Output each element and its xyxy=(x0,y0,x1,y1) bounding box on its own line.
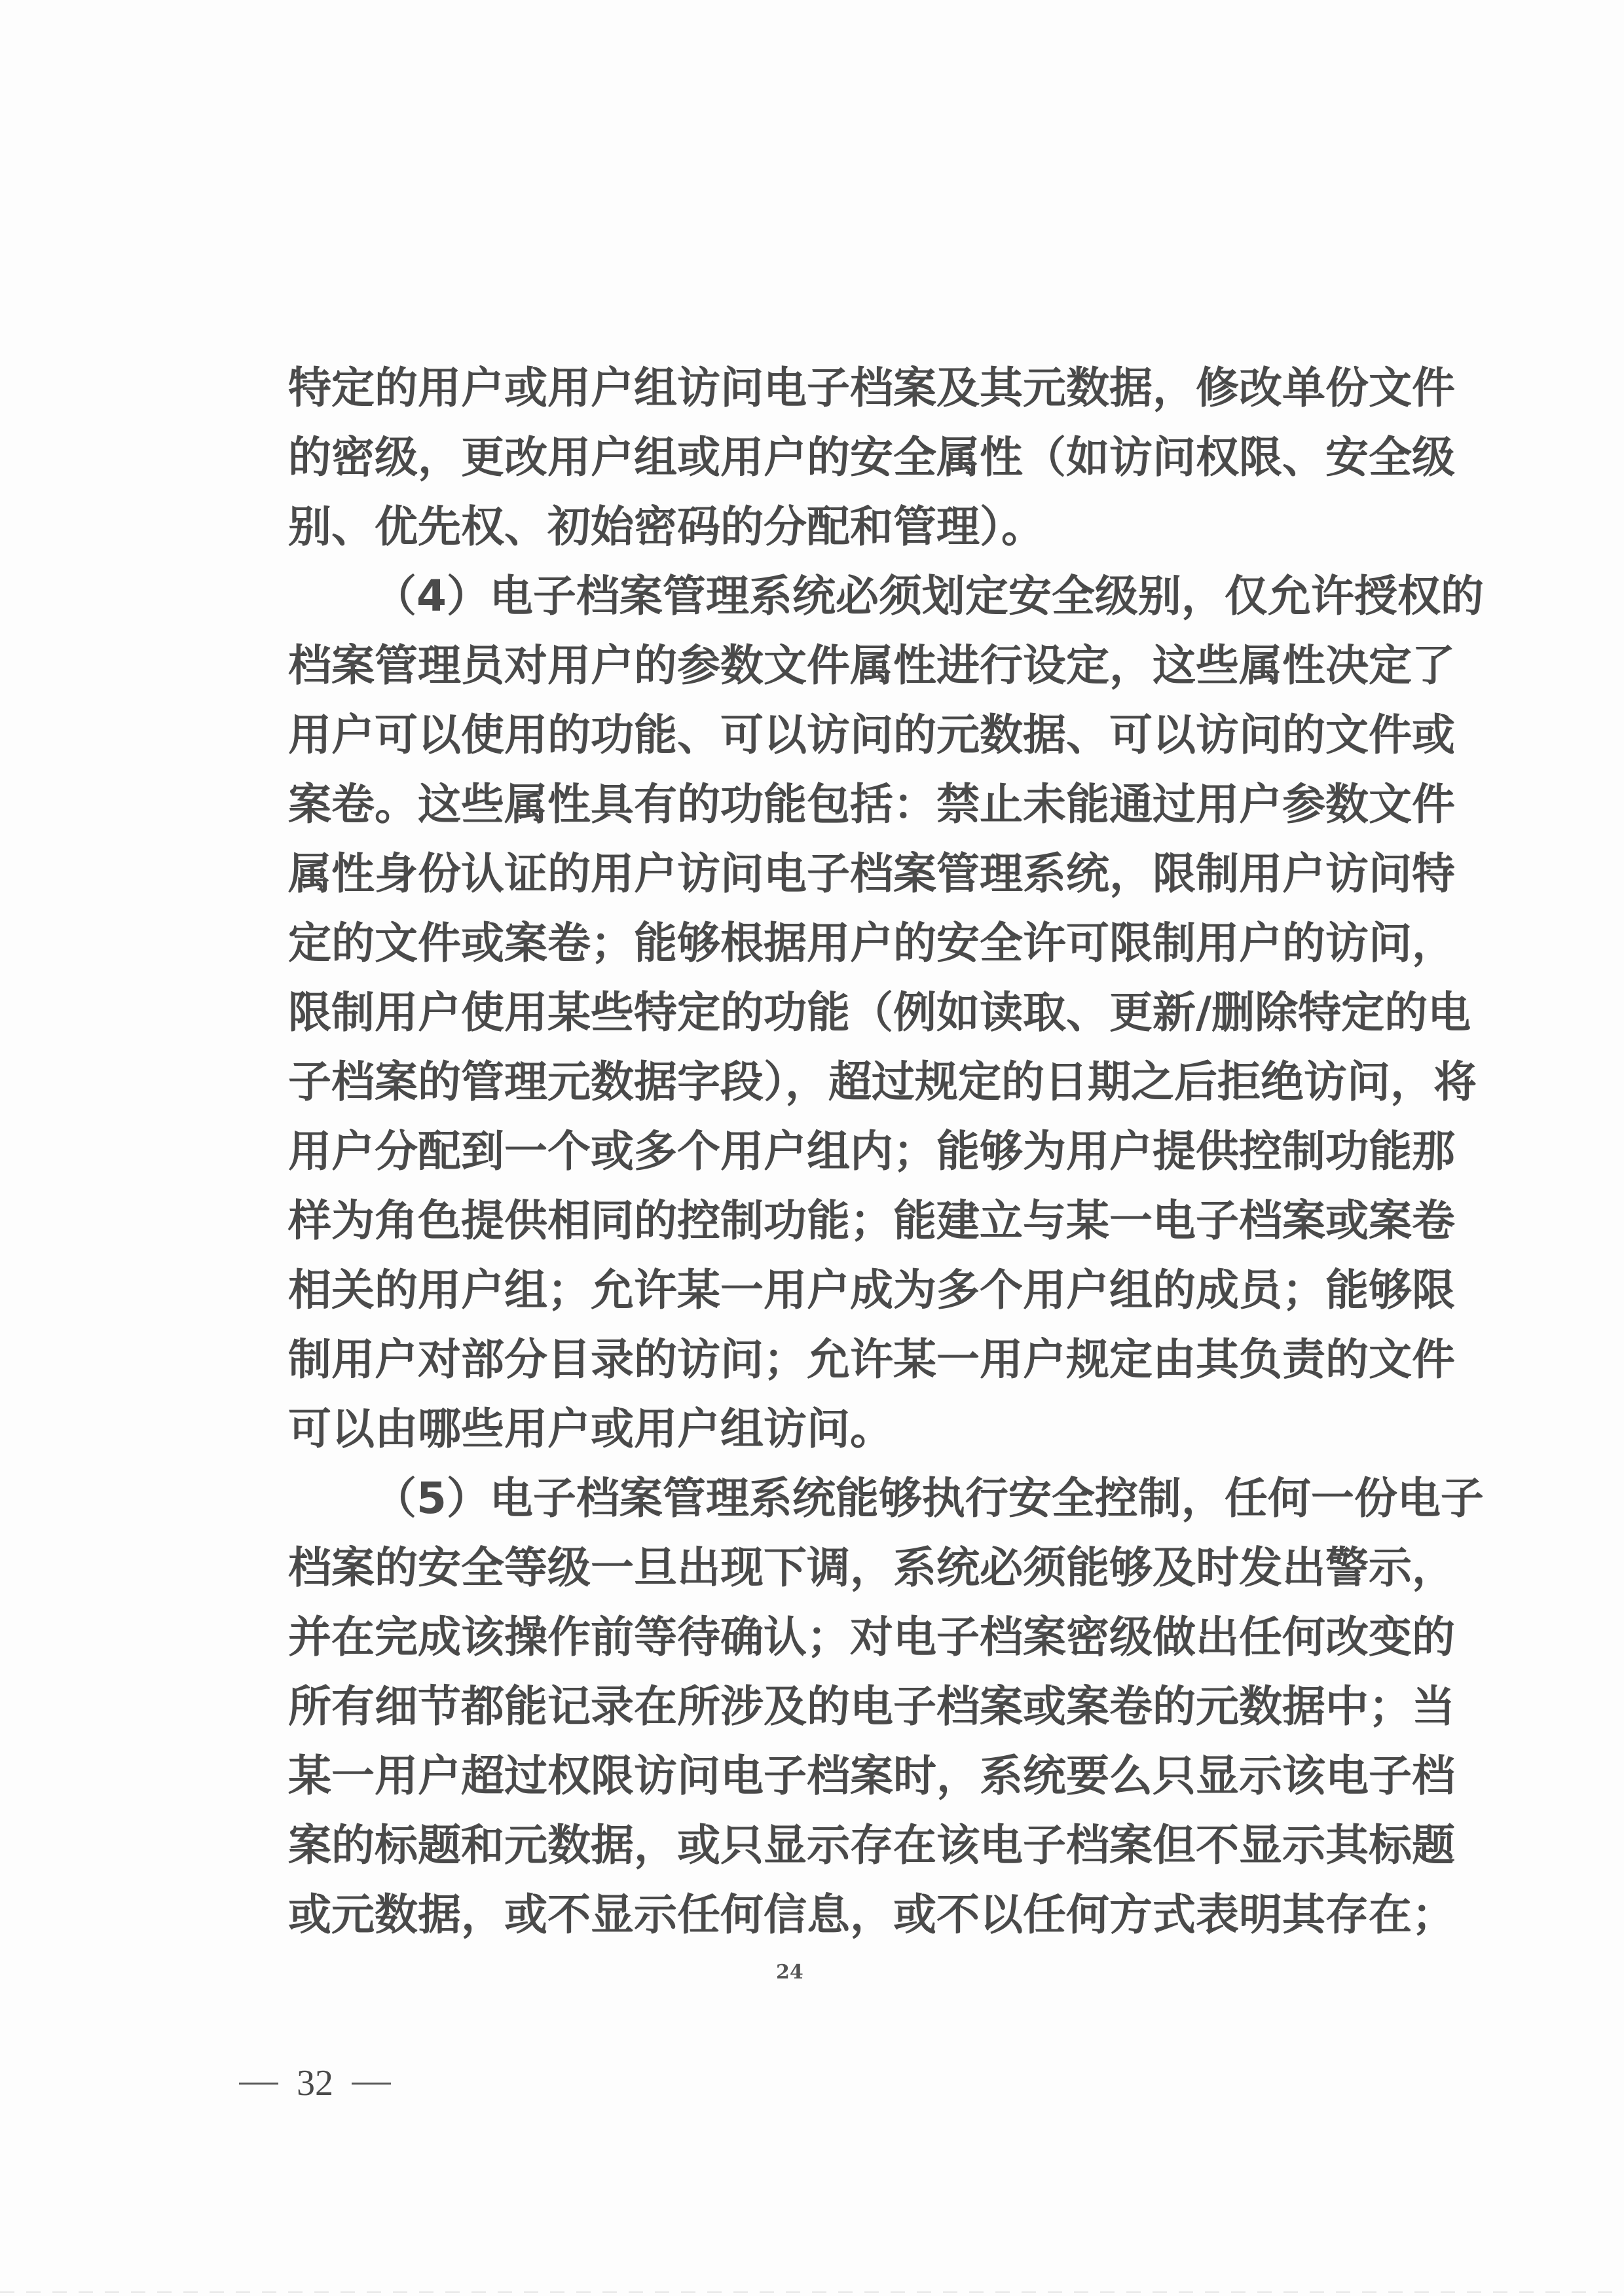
body-text: 特定的用户或用户组访问电子档案及其元数据，修改单份文件 的密级，更改用户组或用户… xyxy=(288,354,1316,1950)
text-line: 案卷。这些属性具有的功能包括：禁止未能通过用户参数文件 xyxy=(288,770,1316,839)
text-line: 的密级，更改用户组或用户的安全属性（如访问权限、安全级 xyxy=(288,423,1316,492)
text-line: 案的标题和元数据，或只显示存在该电子档案但不显示其标题 xyxy=(288,1811,1316,1880)
text-line: 子档案的管理元数据字段），超过规定的日期之后拒绝访问，将 xyxy=(288,1048,1316,1117)
text-line: 用户可以使用的功能、可以访问的元数据、可以访问的文件或 xyxy=(288,701,1316,770)
dash-left xyxy=(239,2083,278,2085)
text-line: 所有细节都能记录在所涉及的电子档案或案卷的元数据中；当 xyxy=(288,1672,1316,1741)
text-line: 或元数据，或不显示任何信息，或不以任何方式表明其存在； xyxy=(288,1880,1316,1950)
text-line: 某一用户超过权限访问电子档案时，系统要么只显示该电子档 xyxy=(288,1741,1316,1811)
text-line: 用户分配到一个或多个用户组内；能够为用户提供控制功能那 xyxy=(288,1117,1316,1186)
paragraph-4-start: （4）电子档案管理系统必须划定安全级别，仅允许授权的 xyxy=(288,562,1316,631)
text-line: 档案的安全等级一旦出现下调，系统必须能够及时发出警示， xyxy=(288,1533,1316,1603)
footer-page-number: 32 xyxy=(239,2062,391,2104)
text-line: 档案管理员对用户的参数文件属性进行设定，这些属性决定了 xyxy=(288,631,1316,701)
text-line: 定的文件或案卷；能够根据用户的安全许可限制用户的访问， xyxy=(288,909,1316,978)
text-line: 别、优先权、初始密码的分配和管理）。 xyxy=(288,492,1316,562)
text-line: 特定的用户或用户组访问电子档案及其元数据，修改单份文件 xyxy=(288,354,1316,423)
text-line: 制用户对部分目录的访问；允许某一用户规定由其负责的文件 xyxy=(288,1325,1316,1394)
text-line: 属性身份认证的用户访问电子档案管理系统，限制用户访问特 xyxy=(288,839,1316,909)
text-line: 并在完成该操作前等待确认；对电子档案密级做出任何改变的 xyxy=(288,1603,1316,1672)
dash-right xyxy=(352,2083,391,2085)
text-line: 相关的用户组；允许某一用户成为多个用户组的成员；能够限 xyxy=(288,1256,1316,1325)
document-page: 特定的用户或用户组访问电子档案及其元数据，修改单份文件 的密级，更改用户组或用户… xyxy=(0,0,1624,2296)
scan-edge-artifact xyxy=(0,2291,1624,2293)
text-line: 限制用户使用某些特定的功能（例如读取、更新/删除特定的电 xyxy=(288,978,1316,1048)
text-line: 样为角色提供相同的控制功能；能建立与某一电子档案或案卷 xyxy=(288,1186,1316,1256)
paragraph-5-start: （5）电子档案管理系统能够执行安全控制，任何一份电子 xyxy=(288,1464,1316,1533)
footer-page-number-value: 32 xyxy=(297,2062,333,2104)
inner-page-number: 24 xyxy=(776,1961,803,1984)
text-line: 可以由哪些用户或用户组访问。 xyxy=(288,1394,1316,1464)
